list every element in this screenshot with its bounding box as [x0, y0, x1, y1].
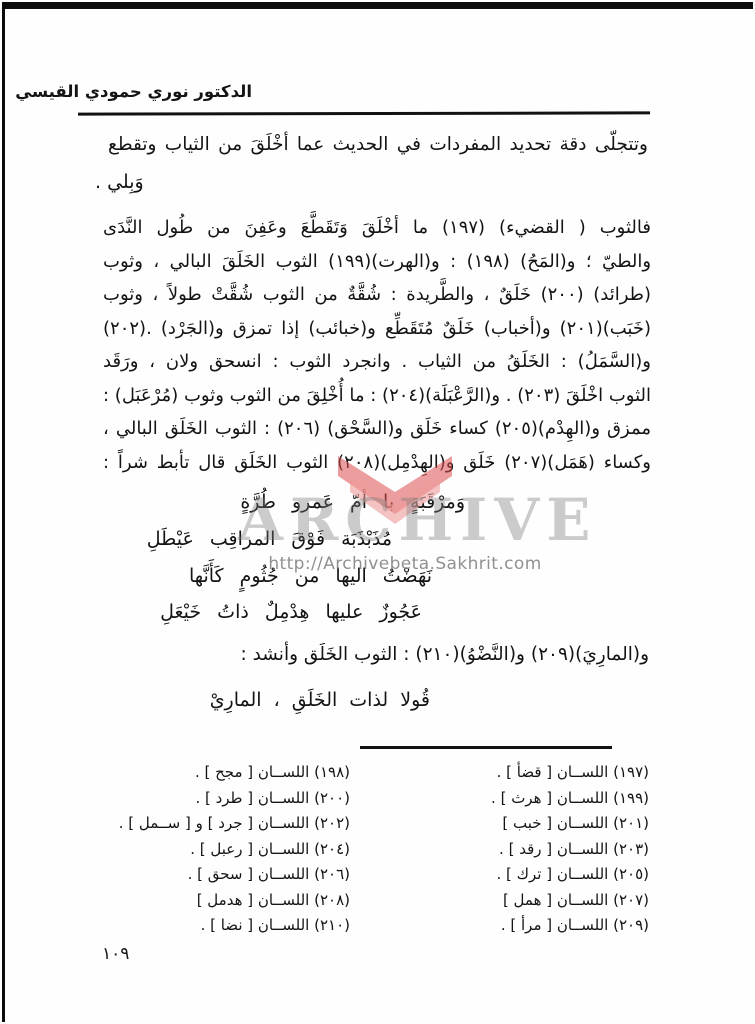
poetry-hemistich: مُذَبْذَبَة فَوْقَ المراقِب عَيْطَلِ [147, 528, 392, 550]
definitions-line: الثوب اخْلَقَ (٢٠٣) . و(الرَّعْبَلَة)(٢٠… [103, 379, 651, 413]
definitions-paragraph: فالثوب ( القضيء) (١٩٧) ما أخْلَقَ وَتَقَ… [103, 211, 651, 479]
page-number: ١٠٩ [102, 944, 129, 964]
footnote: (٢١٠) اللســان [ نضا ] . [50, 913, 350, 939]
footnote: (٢٠٠) اللســان [ طرد ] . [50, 786, 350, 812]
intro-paragraph-line2: وَبِلي . [95, 171, 144, 193]
closing-paragraph-line1: و(المارِيَ)(٢٠٩) و(النَّضْوُ)(٢١٠) : الث… [240, 644, 649, 665]
footnote: (٢٠١) اللســان [ خبب ] [369, 811, 649, 837]
poetry-hemistich: وَمرْقَبَةٍ با أمّ عَمرو طُرَّةٍ [240, 491, 465, 513]
definitions-line: وكساء (هَمَل)(٢٠٧) خَلَق و(الهِدْمِل)(٢٠… [103, 446, 651, 480]
footnote: (١٩٩) اللســان [ هرث ] . [369, 786, 649, 812]
definitions-line: (طرائد) (٢٠٠) خَلَقٌ ، والطَّريدة : شُقَ… [103, 278, 651, 312]
poetry-hemistich: عَجُوزٌ عليها هِدْمِلٌ ذاتُ خَيْعَلِ [160, 601, 422, 623]
footnote: (١٩٧) اللســان [ قضأ ] . [369, 760, 649, 786]
footnote: (٢٠٥) اللســان [ ترك ] . [369, 862, 649, 888]
definitions-line: فالثوب ( القضيء) (١٩٧) ما أخْلَقَ وَتَقَ… [103, 211, 651, 245]
footnote: (٢٠٩) اللســان [ مرأ ] . [369, 913, 649, 939]
page-top-border [2, 2, 753, 9]
footnote: (٢٠٦) اللســان [ سحق ] . [50, 862, 350, 888]
footnote: (٢٠٣) اللســان [ رقد ] . [369, 837, 649, 863]
page-left-border [2, 2, 5, 1022]
header-rule [78, 111, 650, 115]
intro-paragraph-line1: وتتجلّى دقة تحديد المفردات في الحديث عما… [108, 130, 648, 160]
footnote: (٢٠٨) اللســان [ هدمل ] [50, 888, 350, 914]
footnote: (٢٠٤) اللســان [ رعبل ] . [50, 837, 350, 863]
page-header-author: الدكتور نوري حمودي القيسي [15, 82, 252, 101]
closing-verse-line: قُولا لذات الخَلَقِ ، المارِيْ [210, 689, 430, 711]
definitions-line: و(السَّمَلُ) : الخَلَقُ من الثياب . وانج… [103, 345, 651, 379]
definitions-line: (خَبَب)(٢٠١) و(أخباب) خَلَقٌ مُتَقَطِّع … [103, 312, 651, 346]
footnotes-right-column: (١٩٧) اللســان [ قضأ ] . (١٩٩) اللســان … [369, 760, 649, 939]
footnote-separator-rule [360, 746, 612, 749]
footnotes-left-column: (١٩٨) اللســان [ مجح ] . (٢٠٠) اللســان … [50, 760, 350, 939]
footnote: (٢٠٧) اللســان [ همل ] [369, 888, 649, 914]
footnote: (١٩٨) اللســان [ مجح ] . [50, 760, 350, 786]
definitions-line: ممزق و(الهِدْم)(٢٠٥) كساء خَلَق و(السَّح… [103, 412, 651, 446]
scanned-book-page: الدكتور نوري حمودي القيسي وتتجلّى دقة تح… [0, 0, 755, 1024]
poetry-hemistich: نَهَضْتُ اليها من جُثُومٍ كَأَنَّها [189, 565, 432, 587]
footnote: (٢٠٢) اللســان [ جرد ] و [ ســمل ] . [50, 811, 350, 837]
definitions-line: والطيّ ؛ و(المَحُ) (١٩٨) : و(الهرت)(١٩٩)… [103, 245, 651, 279]
